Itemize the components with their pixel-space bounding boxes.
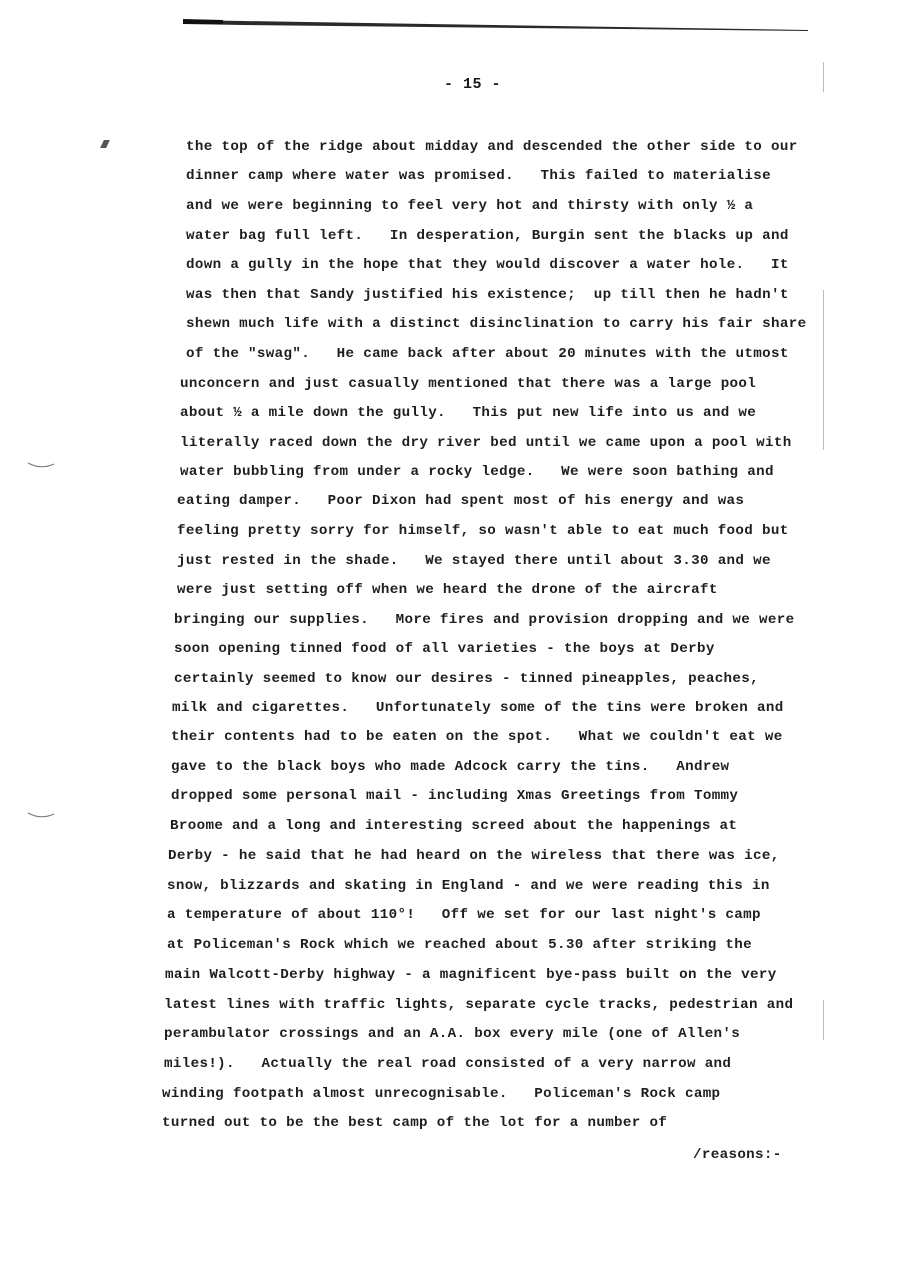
text-line: snow, blizzards and skating in England -… xyxy=(167,877,770,895)
margin-tick-mark xyxy=(100,140,110,148)
text-line: was then that Sandy justified his existe… xyxy=(186,286,789,304)
text-line: at Policeman's Rock which we reached abo… xyxy=(167,936,752,954)
text-line: main Walcott-Derby highway - a magnifice… xyxy=(165,966,777,984)
top-rule-line xyxy=(183,18,808,32)
text-line: were just setting off when we heard the … xyxy=(177,581,718,599)
text-line: eating damper. Poor Dixon had spent most… xyxy=(177,492,744,510)
text-line: perambulator crossings and an A.A. box e… xyxy=(164,1025,740,1043)
text-line: bringing our supplies. More fires and pr… xyxy=(174,611,794,629)
page-number: - 15 - xyxy=(0,76,905,93)
text-line: unconcern and just casually mentioned th… xyxy=(180,375,756,393)
text-line: milk and cigarettes. Unfortunately some … xyxy=(172,699,784,717)
text-line: shewn much life with a distinct disincli… xyxy=(186,315,806,333)
page-edge-line xyxy=(823,62,824,92)
text-line: a temperature of about 110°! Off we set … xyxy=(167,906,761,924)
text-line: down a gully in the hope that they would… xyxy=(186,256,789,274)
text-line: water bag full left. In desperation, Bur… xyxy=(186,227,789,245)
text-line: Derby - he said that he had heard on the… xyxy=(168,847,780,865)
text-line: dropped some personal mail - including X… xyxy=(171,787,738,805)
text-line: soon opening tinned food of all varietie… xyxy=(174,640,715,658)
text-line: the top of the ridge about midday and de… xyxy=(186,138,798,156)
text-line: just rested in the shade. We stayed ther… xyxy=(177,552,771,570)
text-line: and we were beginning to feel very hot a… xyxy=(186,197,753,215)
text-line: winding footpath almost unrecognisable. … xyxy=(162,1085,720,1103)
text-line: of the "swag". He came back after about … xyxy=(186,345,789,363)
text-line: Broome and a long and interesting screed… xyxy=(170,817,737,835)
text-line: miles!). Actually the real road consiste… xyxy=(164,1055,731,1073)
text-line: latest lines with traffic lights, separa… xyxy=(164,996,793,1014)
punch-hole-mark-upper xyxy=(27,458,55,476)
text-line: certainly seemed to know our desires - t… xyxy=(174,670,759,688)
text-line: dinner camp where water was promised. Th… xyxy=(186,167,771,185)
text-line: literally raced down the dry river bed u… xyxy=(180,434,792,452)
text-line: feeling pretty sorry for himself, so was… xyxy=(177,522,789,540)
catchword: /reasons:- xyxy=(693,1147,782,1163)
text-line: gave to the black boys who made Adcock c… xyxy=(171,758,729,776)
punch-hole-mark-lower xyxy=(27,808,55,826)
text-line: turned out to be the best camp of the lo… xyxy=(162,1114,667,1132)
text-line: their contents had to be eaten on the sp… xyxy=(171,728,783,746)
page-edge-line xyxy=(823,290,824,450)
page-edge-line xyxy=(823,1000,824,1040)
text-line: water bubbling from under a rocky ledge.… xyxy=(180,463,774,481)
text-line: about ½ a mile down the gully. This put … xyxy=(180,404,756,422)
